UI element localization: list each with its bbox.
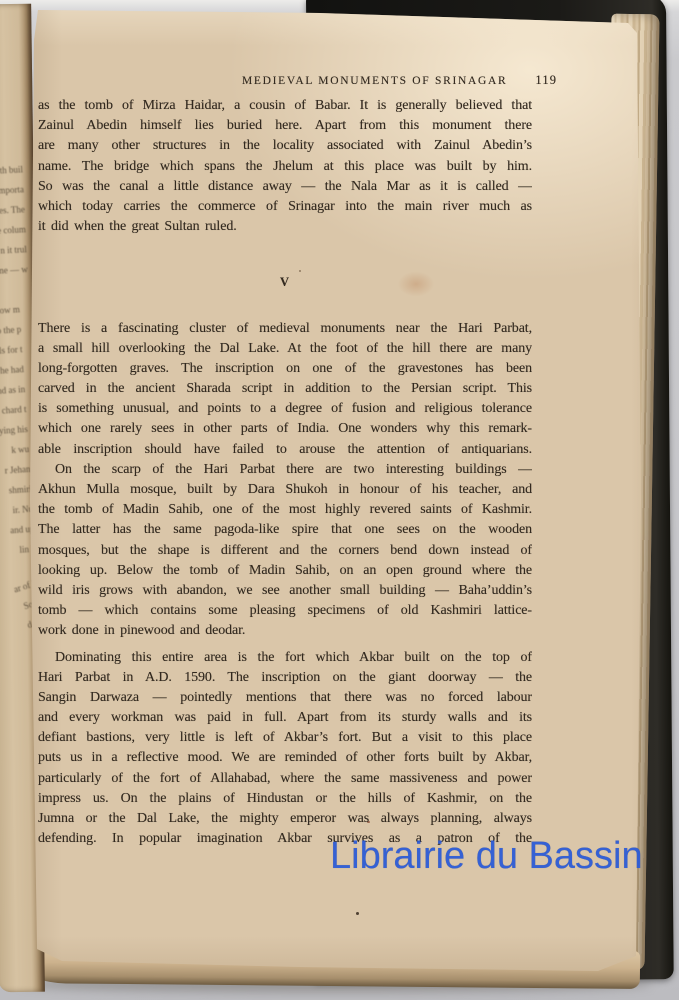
text-line: particularly of the fort of Allahabad, w…: [38, 769, 532, 789]
text-line: carved in the ancient Sharada script in …: [38, 379, 532, 399]
text-line: On the scarp of the Hari Parbat there ar…: [38, 460, 532, 480]
book-photograph: urth builr importahes. There column it t…: [0, 0, 679, 1000]
text-line: the tomb of Madin Sahib, one of the most…: [38, 500, 532, 520]
paragraph: Dominating this entire area is the fort …: [38, 648, 532, 850]
text-line: which one rarely sees in other parts of …: [38, 419, 532, 439]
text-line: are many other structures in the localit…: [38, 136, 532, 156]
text-line: There is a fascinating cluster of mediev…: [38, 319, 532, 339]
text-line: long-forgotten graves. The inscription o…: [38, 359, 532, 379]
text-line: a small hill overlooking the Dal Lake. A…: [38, 339, 532, 359]
text-line: Dominating this entire area is the fort …: [38, 648, 532, 668]
text-line: which today carries the commerce of Srin…: [38, 197, 532, 217]
bookseller-watermark: Librairie du Bassin: [330, 835, 643, 878]
text-line: is something unusual, and points to a de…: [38, 399, 532, 419]
text-line: Hari Parbat in A.D. 1590. The inscriptio…: [38, 668, 532, 688]
text-line: impress us. On the plains of Hindustan o…: [38, 789, 532, 809]
paragraph: as the tomb of Mirza Haidar, a cousin of…: [38, 96, 532, 237]
text-line: defiant bastions, very little is left of…: [38, 728, 532, 748]
text-line: wild iris grows with abandon, we see ano…: [38, 581, 532, 601]
page-number: 119: [535, 73, 557, 87]
text-line: Zainul Abedin himself lies buried here. …: [38, 116, 532, 136]
text-line: and every workman was paid in full. Apar…: [38, 708, 532, 728]
text-line: Sangin Darwaza — pointedly mentions that…: [38, 688, 532, 708]
section-marker: V: [38, 272, 532, 292]
paragraph: There is a fascinating cluster of mediev…: [38, 319, 532, 460]
text-line: So was the canal a little distance away …: [38, 177, 532, 197]
text-line: tomb — which contains some pleasing spec…: [38, 601, 532, 621]
text-line: puts us in a reflective mood. We are rem…: [38, 748, 532, 768]
running-header: MEDIEVAL MONUMENTS OF SRINAGAR119: [38, 71, 532, 89]
text-line: as the tomb of Mirza Haidar, a cousin of…: [38, 96, 532, 116]
text-line: Akhun Mulla mosque, built by Dara Shukoh…: [38, 480, 532, 500]
paragraph: On the scarp of the Hari Parbat there ar…: [38, 460, 532, 642]
text-line: Jumna or the Dal Lake, the mighty empero…: [38, 809, 532, 829]
text-line: name. The bridge which spans the Jhelum …: [38, 157, 532, 177]
page-text-layer: MEDIEVAL MONUMENTS OF SRINAGAR119 as the…: [0, 0, 679, 1000]
text-line: work done in pinewood and deodar.: [38, 621, 532, 641]
text-line: The latter has the same pagoda-like spir…: [38, 520, 532, 540]
text-line: able inscription should have failed to a…: [38, 440, 532, 460]
text-line: it did when the great Sultan ruled.: [38, 217, 532, 237]
header-title: MEDIEVAL MONUMENTS OF SRINAGAR: [242, 75, 507, 87]
body-text: as the tomb of Mirza Haidar, a cousin of…: [38, 96, 532, 849]
text-line: mosques, but the shape is different and …: [38, 541, 532, 561]
text-line: looking up. Below the tomb of Madin Sahi…: [38, 561, 532, 581]
